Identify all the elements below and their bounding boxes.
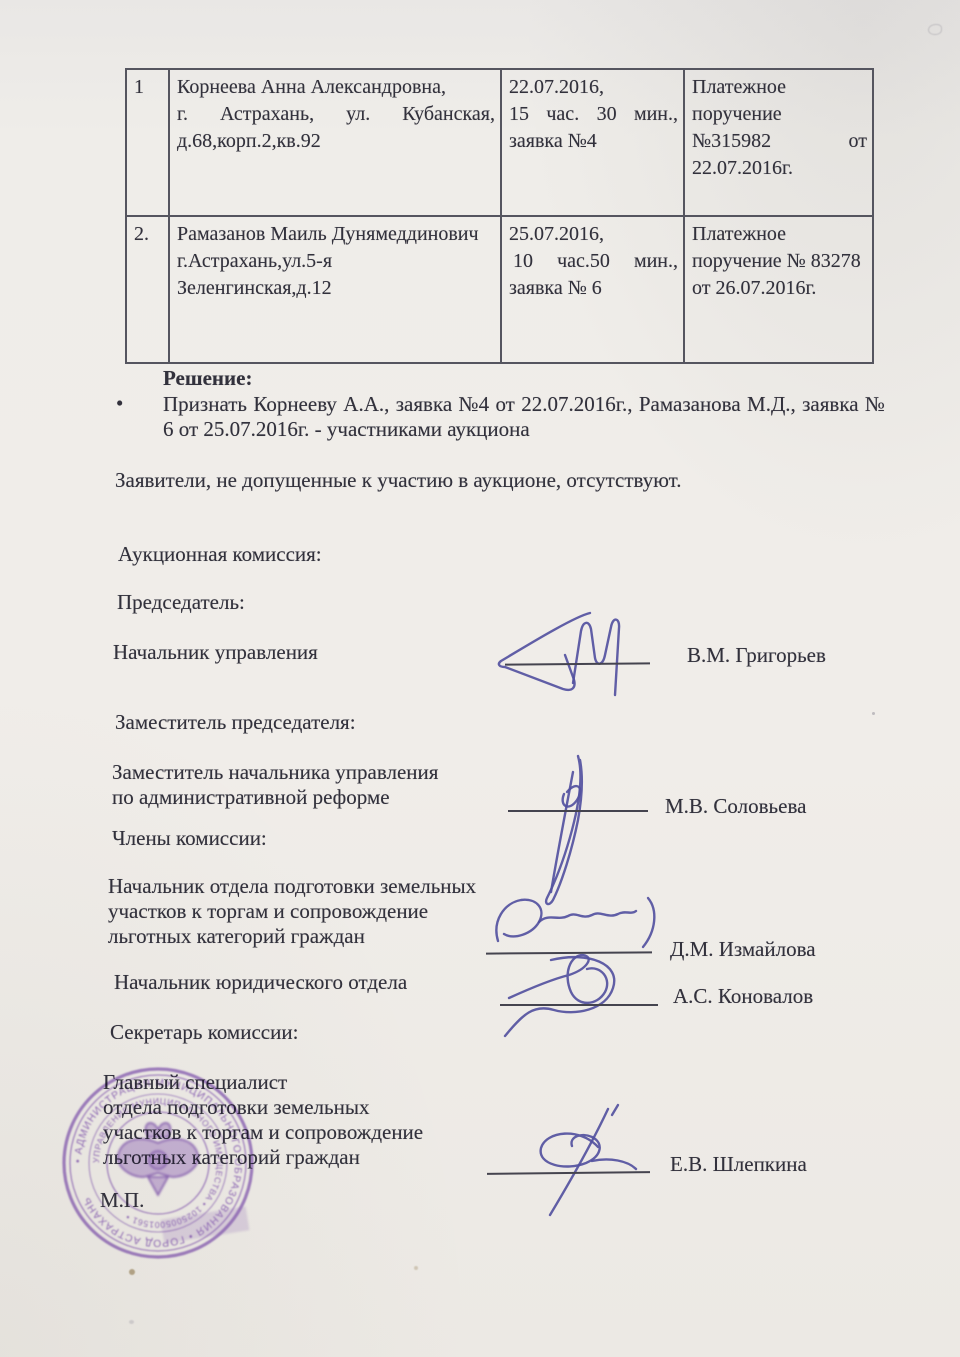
paper-speck: [872, 712, 875, 715]
signature-konovalov: [493, 948, 663, 1040]
decision-line: 6 от 25.07.2016г. - участниками аукциона: [163, 417, 530, 442]
commission-title: Аукционная комиссия:: [118, 542, 322, 567]
row-number-cell: 1: [126, 69, 169, 216]
secretary-label: Секретарь комиссии:: [110, 1020, 298, 1045]
document-page: 1 Корнеева Анна Александровна, г.Астраха…: [0, 0, 960, 1357]
members-label: Члены комиссии:: [112, 826, 267, 851]
applicant-line: д.68,корп.2,кв.92: [177, 128, 495, 155]
payment-cell: Платежное поручение № 83278 от 26.07.201…: [684, 216, 873, 363]
signature-izmaylova: [488, 893, 673, 955]
datetime-line: 15час.30мин.,: [509, 101, 678, 128]
payment-line: от 26.07.2016г.: [692, 275, 867, 302]
applicant-cell: Рамазанов Маиль Дунямеддинович г.Астраха…: [169, 216, 501, 363]
deputy-label: Заместитель председателя:: [115, 710, 356, 735]
applicants-table: 1 Корнеева Анна Александровна, г.Астраха…: [125, 68, 874, 364]
datetime-line: заявка №4: [509, 128, 678, 155]
payment-line: Платежное: [692, 221, 867, 248]
payment-line: поручение № 83278: [692, 248, 867, 275]
secretary-role-line: отдела подготовки земельных: [103, 1095, 369, 1120]
decision-heading: Решение:: [163, 366, 252, 391]
signature-grigoryev: [493, 603, 663, 703]
row-number-cell: 2.: [126, 216, 169, 363]
datetime-line: 25.07.2016,: [509, 221, 678, 248]
payment-line: 22.07.2016г.: [692, 155, 867, 182]
chairman-role: Начальник управления: [113, 640, 318, 665]
secretary-name: Е.В. Шлепкина: [670, 1152, 807, 1177]
deputy-name: М.В. Соловьева: [665, 794, 806, 819]
payment-cell: Платежное поручение №315982от 22.07.2016…: [684, 69, 873, 216]
table-row: 1 Корнеева Анна Александровна, г.Астраха…: [126, 69, 873, 216]
applicant-line: Зеленгинская,д.12: [177, 275, 495, 302]
signature-shlepkina: [508, 1103, 673, 1221]
member1-role-line: участков к торгам и сопровождение: [108, 899, 428, 924]
deputy-role-line: Заместитель начальника управления: [112, 760, 438, 785]
note-no-rejected: Заявители, не допущенные к участию в аук…: [115, 468, 682, 493]
member1-role-line: Начальник отдела подготовки земельных: [108, 874, 476, 899]
member1-role-line: льготных категорий граждан: [108, 924, 365, 949]
signature-solovyeva: [523, 748, 607, 910]
applicant-line: Рамазанов Маиль Дунямеддинович: [177, 221, 495, 248]
secretary-role-line: участков к торгам и сопровождение: [103, 1120, 423, 1145]
paper-speck: [414, 1266, 418, 1270]
applicant-line: г.Астрахань,ул.5-я: [177, 248, 495, 275]
signature-line: [500, 1004, 658, 1006]
deputy-role-line: по административной реформе: [112, 785, 390, 810]
applicant-line: Корнеева Анна Александровна,: [177, 74, 495, 101]
datetime-cell: 22.07.2016, 15час.30мин., заявка №4: [501, 69, 684, 216]
datetime-line: 22.07.2016,: [509, 74, 678, 101]
applicant-cell: Корнеева Анна Александровна, г.Астрахань…: [169, 69, 501, 216]
applicant-line: г.Астрахань,ул.Кубанская,: [177, 101, 495, 128]
member1-name: Д.М. Измайлова: [670, 937, 816, 962]
member2-name: А.С. Коновалов: [673, 984, 813, 1009]
payment-line: №315982от: [692, 128, 867, 155]
signature-line: [508, 810, 648, 812]
paper-speck: [129, 1269, 135, 1275]
row-number: 2.: [134, 221, 163, 248]
decision-line: ПризнатьКорнеевуА.А.,заявка№4от22.07.201…: [163, 392, 885, 417]
row-number: 1: [134, 74, 163, 101]
bullet-marker: •: [116, 391, 123, 416]
table-row: 2. Рамазанов Маиль Дунямеддинович г.Астр…: [126, 216, 873, 363]
datetime-cell: 25.07.2016, 10час.50мин., заявка № 6: [501, 216, 684, 363]
secretary-role-line: льготных категорий граждан: [103, 1145, 360, 1170]
paper-speck: [129, 1320, 134, 1324]
chairman-name: В.М. Григорьев: [687, 643, 826, 668]
datetime-line: заявка № 6: [509, 275, 678, 302]
chairman-label: Председатель:: [117, 590, 245, 615]
mp-label: М.П.: [100, 1188, 144, 1213]
payment-line: поручение: [692, 101, 867, 128]
datetime-line: 10час.50мин.,: [509, 248, 678, 275]
stamp-smudge: [161, 1206, 250, 1243]
secretary-role-line: Главный специалист: [103, 1070, 287, 1095]
payment-line: Платежное: [692, 74, 867, 101]
member2-role: Начальник юридического отдела: [114, 970, 407, 995]
paper-smudge: [928, 24, 942, 35]
